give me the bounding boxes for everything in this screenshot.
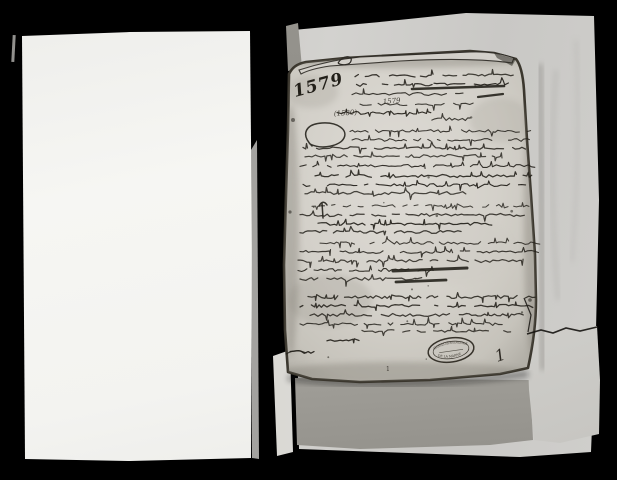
- archival-scan-viewport: 1579 1579 (1580) ARCHIVES DÉPARTEMENTALE…: [0, 0, 617, 480]
- tear-line: [527, 327, 597, 334]
- manuscript-layer: 1579 1579 (1580) ARCHIVES DÉPARTEMENTALE…: [0, 0, 617, 480]
- backing-crease: [572, 40, 578, 262]
- heading-year-fragment: 1579: [382, 96, 401, 106]
- heading-note-fragment: (1580): [334, 108, 358, 118]
- backing-crease: [552, 70, 558, 300]
- page-footer-mark: 1: [386, 366, 390, 373]
- page-shadow: [540, 64, 543, 370]
